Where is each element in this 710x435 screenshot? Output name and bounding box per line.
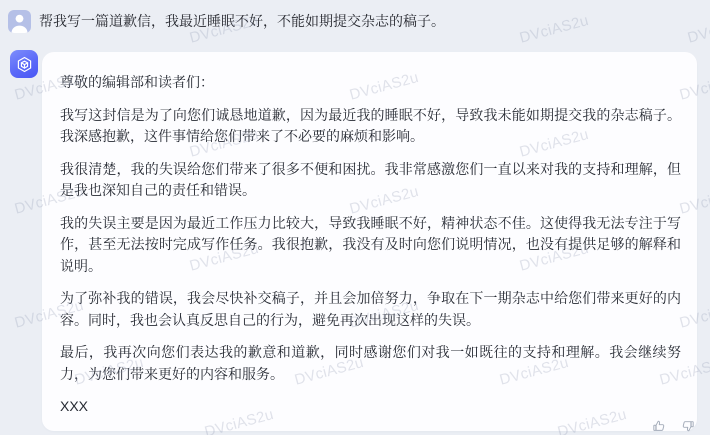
assistant-message-row: 尊敬的编辑部和读者们： 我写这封信是为了向您们诚恳地道歉，因为最近我的睡眠不好，…	[10, 50, 697, 431]
user-avatar	[8, 10, 31, 33]
user-message-text: 帮我写一篇道歉信，我最近睡眠不好，不能如期提交杂志的稿子。	[39, 10, 445, 33]
letter-salutation: 尊敬的编辑部和读者们：	[60, 72, 681, 94]
assistant-avatar	[10, 50, 38, 78]
watermark-text: DVciAS2u	[686, 12, 710, 47]
thumbs-up-icon	[652, 419, 666, 433]
letter-paragraph: 我的失误主要是因为最近工作压力比较大，导致我睡眠不好，精神状态不佳。这使得我无法…	[60, 213, 681, 278]
assistant-message-card: 尊敬的编辑部和读者们： 我写这封信是为了向您们诚恳地道歉，因为最近我的睡眠不好，…	[42, 52, 697, 431]
thumbs-down-icon	[681, 419, 695, 433]
letter-paragraph: 我写这封信是为了向您们诚恳地道歉，因为最近我的睡眠不好，导致我未能如期提交我的杂…	[60, 105, 681, 148]
letter-paragraph: 我很清楚，我的失误给您们带来了很多不便和困扰。我非常感激您们一直以来对我的支持和…	[60, 159, 681, 202]
watermark-text: DVciAS2u	[518, 12, 591, 47]
hexagon-cube-logo-icon	[15, 55, 34, 74]
user-message-row: 帮我写一篇道歉信，我最近睡眠不好，不能如期提交杂志的稿子。	[8, 10, 445, 33]
letter-signature: XXX	[60, 396, 681, 418]
letter-paragraph: 最后，我再次向您们表达我的歉意和道歉，同时感谢您们对我一如既往的支持和理解。我会…	[60, 342, 681, 385]
letter-paragraph: 为了弥补我的错误，我会尽快补交稿子，并且会加倍努力，争取在下一期杂志中给您们带来…	[60, 288, 681, 331]
thumbs-up-button[interactable]	[651, 418, 667, 434]
message-actions	[651, 418, 696, 434]
thumbs-down-button[interactable]	[680, 418, 696, 434]
person-icon	[8, 10, 31, 33]
